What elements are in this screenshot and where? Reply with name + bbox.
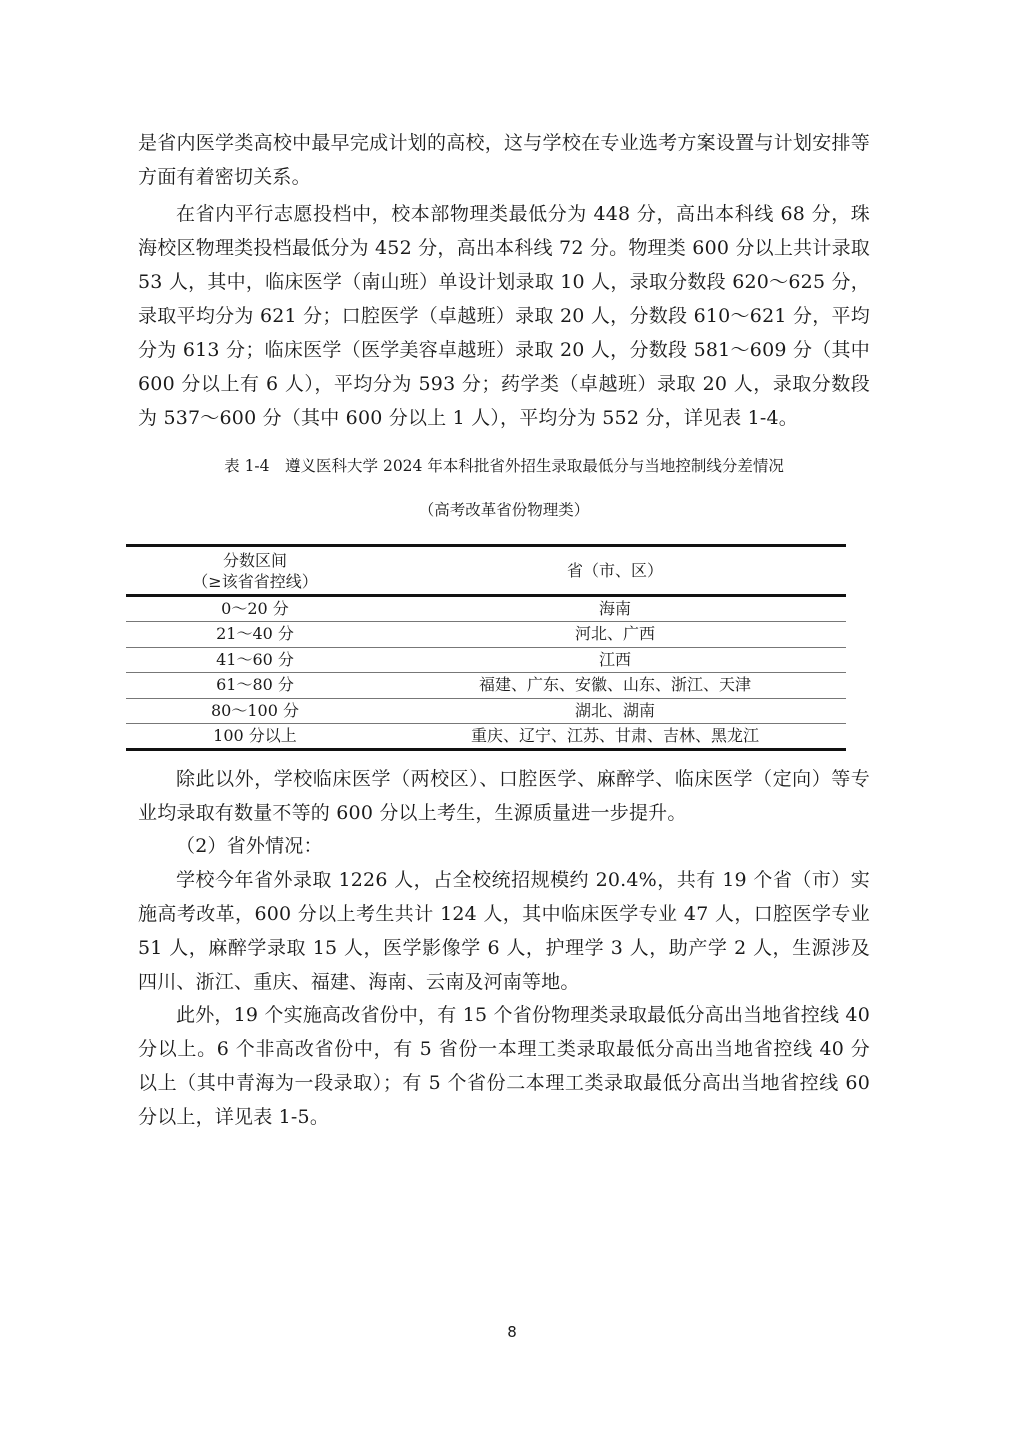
section-heading-out-of-province: （2）省外情况： bbox=[138, 829, 870, 863]
table-row: 0～20 分 海南 bbox=[126, 596, 846, 622]
cell-provinces: 福建、广东、安徽、山东、浙江、天津 bbox=[384, 673, 846, 699]
paragraph-reform-provinces: 此外，19 个实施高改省份中，有 15 个省份物理类录取最低分高出当地省控线 4… bbox=[138, 998, 870, 1134]
table-subcaption: （高考改革省份物理类） bbox=[138, 499, 870, 521]
cell-range: 80～100 分 bbox=[126, 698, 384, 724]
header-provinces: 省（市、区） bbox=[384, 546, 846, 596]
table-row: 80～100 分 湖北、湖南 bbox=[126, 698, 846, 724]
cell-range: 41～60 分 bbox=[126, 647, 384, 673]
table-row: 100 分以上 重庆、辽宁、江苏、甘肃、吉林、黑龙江 bbox=[126, 724, 846, 750]
header-score-range-line1: 分数区间 bbox=[126, 550, 384, 571]
paragraph-out-of-province-admission: 学校今年省外录取 1226 人，占全校统招规模约 20.4%，共有 19 个省（… bbox=[138, 863, 870, 999]
header-score-range-line2: （≥该省省控线） bbox=[126, 571, 384, 592]
paragraph-intro-continuation: 是省内医学类高校中最早完成计划的高校，这与学校在专业选考方案设置与计划安排等方面… bbox=[138, 126, 870, 194]
paragraph-other-majors: 除此以外，学校临床医学（两校区）、口腔医学、麻醉学、临床医学（定向）等专业均录取… bbox=[138, 762, 870, 830]
score-difference-table: 分数区间 （≥该省省控线） 省（市、区） 0～20 分 海南 21～40 分 河… bbox=[126, 544, 846, 751]
table-header-row: 分数区间 （≥该省省控线） 省（市、区） bbox=[126, 546, 846, 596]
cell-range: 100 分以上 bbox=[126, 724, 384, 750]
cell-range: 61～80 分 bbox=[126, 673, 384, 699]
page-number: 8 bbox=[0, 1323, 1024, 1341]
header-score-range: 分数区间 （≥该省省控线） bbox=[126, 546, 384, 596]
cell-provinces: 江西 bbox=[384, 647, 846, 673]
cell-range: 0～20 分 bbox=[126, 596, 384, 622]
table-caption: 表 1-4 遵义医科大学 2024 年本科批省外招生录取最低分与当地控制线分差情… bbox=[138, 455, 870, 477]
table-row: 61～80 分 福建、广东、安徽、山东、浙江、天津 bbox=[126, 673, 846, 699]
table-row: 21～40 分 河北、广西 bbox=[126, 622, 846, 648]
cell-provinces: 河北、广西 bbox=[384, 622, 846, 648]
paragraph-in-province-admission: 在省内平行志愿投档中，校本部物理类最低分为 448 分，高出本科线 68 分，珠… bbox=[138, 197, 870, 435]
table-row: 41～60 分 江西 bbox=[126, 647, 846, 673]
cell-provinces: 湖北、湖南 bbox=[384, 698, 846, 724]
cell-range: 21～40 分 bbox=[126, 622, 384, 648]
cell-provinces: 重庆、辽宁、江苏、甘肃、吉林、黑龙江 bbox=[384, 724, 846, 750]
cell-provinces: 海南 bbox=[384, 596, 846, 622]
